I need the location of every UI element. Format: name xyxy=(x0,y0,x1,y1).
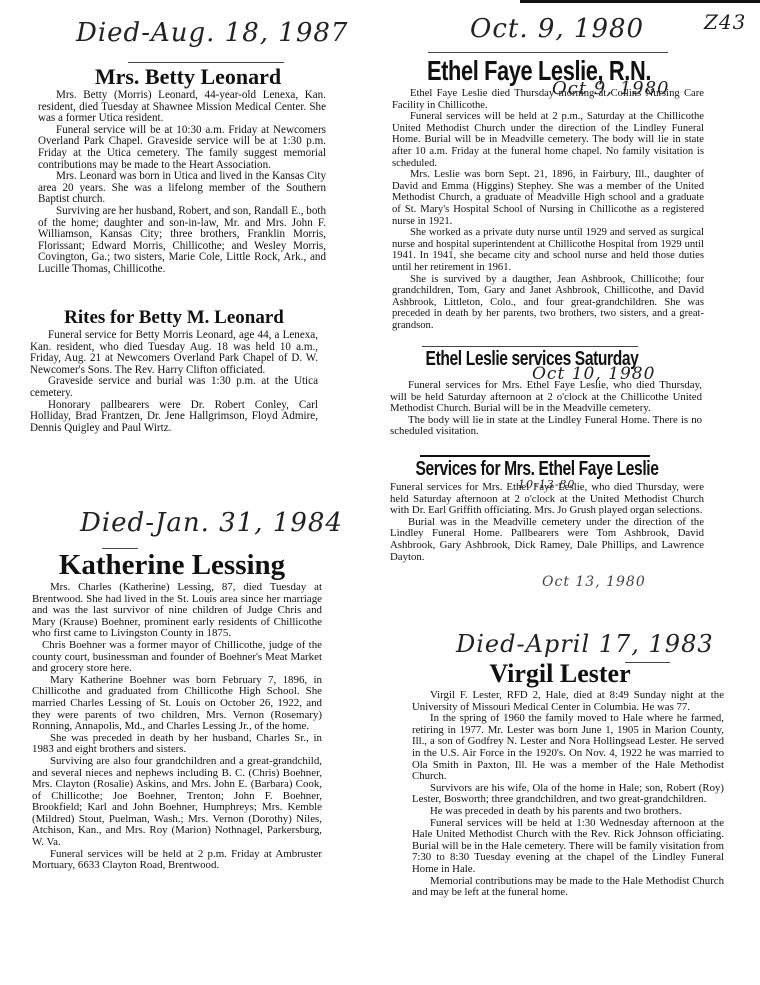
paragraph: Funeral service will be at 10:30 a.m. Fr… xyxy=(38,125,326,171)
obituary-body: Mrs. Charles (Katherine) Lessing, 87, di… xyxy=(32,582,322,872)
handwritten-date-lester: Died-April 17, 1983 xyxy=(456,630,714,658)
obituary-body: Ethel Faye Leslie died Thursday morning … xyxy=(392,88,704,331)
paragraph: Funeral service for Betty Morris Leonard… xyxy=(30,330,318,376)
obituary-katherine-lessing: Katherine Lessing Mrs. Charles (Katherin… xyxy=(32,548,322,872)
divider xyxy=(428,52,668,53)
paragraph: Surviving are also four grandchildren an… xyxy=(32,756,322,849)
notice-ethel-leslie-services-saturday: Ethel Leslie services Saturday Oct 10, 1… xyxy=(390,346,702,438)
paragraph: Funeral services will be held at 1:30 We… xyxy=(412,818,724,876)
obituary-virgil-lester: Virgil Lester Virgil F. Lester, RFD 2, H… xyxy=(412,658,724,899)
obituary-title: Katherine Lessing xyxy=(22,548,322,582)
obituary-body: Virgil F. Lester, RFD 2, Hale, died at 8… xyxy=(412,690,724,899)
paragraph: Mrs. Leslie was born Sept. 21, 1896, in … xyxy=(392,169,704,227)
handwritten-date-leonard: Died-Aug. 18, 1987 xyxy=(76,18,348,48)
paragraph: She was preceded in death by her husband… xyxy=(32,733,322,756)
notice-body: Funeral services for Mrs. Ethel Faye Les… xyxy=(390,380,702,438)
page-tag: Z43 xyxy=(704,10,746,34)
obituary-body: Mrs. Betty (Morris) Leonard, 44-year-old… xyxy=(38,90,326,276)
obituary-ethel-faye-leslie: Ethel Faye Leslie, R.N. Oct 9, 1980 Ethe… xyxy=(392,54,704,331)
paragraph: Chris Boehner was a former mayor of Chil… xyxy=(32,640,322,675)
notice-title: Rites for Betty M. Leonard xyxy=(30,306,318,330)
paragraph: Honorary pallbearers were Dr. Robert Con… xyxy=(30,400,318,435)
notice-body: Funeral services for Mrs. Ethel Faye Les… xyxy=(390,482,704,563)
paragraph: She is survived by a daugther, Jean Ashb… xyxy=(392,274,704,332)
handwritten-note-bottom: Oct 13, 1980 xyxy=(542,574,646,590)
top-edge-rule xyxy=(520,0,760,3)
handwritten-note: 10-13-80 xyxy=(518,478,575,491)
paragraph: Surviving are her husband, Robert, and s… xyxy=(38,206,326,276)
handwritten-note: Oct 10, 1980 xyxy=(532,364,655,384)
paragraph: Virgil F. Lester, RFD 2, Hale, died at 8… xyxy=(412,690,724,713)
paragraph: In the spring of 1960 the family moved t… xyxy=(412,713,724,783)
handwritten-note: Oct 9, 1980 xyxy=(552,78,670,99)
obituary-title: Mrs. Betty Leonard xyxy=(50,64,326,90)
paragraph: Funeral services will be held at 2 p.m. … xyxy=(32,849,322,872)
notice-rites-betty-leonard: Rites for Betty M. Leonard Funeral servi… xyxy=(30,306,318,434)
notice-body: Funeral service for Betty Morris Leonard… xyxy=(30,330,318,434)
paragraph: Memorial contributions may be made to th… xyxy=(412,876,724,899)
divider xyxy=(128,62,284,63)
notice-services-for-ethel-faye-leslie: Services for Mrs. Ethel Faye Leslie 10-1… xyxy=(390,456,704,563)
paragraph: Funeral services for Mrs. Ethel Faye Les… xyxy=(390,380,702,415)
paragraph: She worked as a private duty nurse until… xyxy=(392,227,704,273)
paragraph: He was preceded in death by his parents … xyxy=(412,806,724,818)
paragraph: Survivors are his wife, Ola of the home … xyxy=(412,783,724,806)
paragraph: Mrs. Betty (Morris) Leonard, 44-year-old… xyxy=(38,90,326,125)
paragraph: Funeral services will be held at 2 p.m.,… xyxy=(392,111,704,169)
paragraph: Mary Katherine Boehner was born February… xyxy=(32,675,322,733)
paragraph: The body will lie in state at the Lindle… xyxy=(390,415,702,438)
handwritten-date-leslie: Oct. 9, 1980 xyxy=(470,14,644,44)
paragraph: Mrs. Charles (Katherine) Lessing, 87, di… xyxy=(32,582,322,640)
paragraph: Mrs. Leonard was born in Utica and lived… xyxy=(38,171,326,206)
obituary-title: Virgil Lester xyxy=(396,658,724,690)
paragraph: Burial was in the Meadville cemetery und… xyxy=(390,517,704,563)
paragraph: Graveside service and burial was 1:30 p.… xyxy=(30,376,318,399)
obituary-betty-leonard: Mrs. Betty Leonard Mrs. Betty (Morris) L… xyxy=(38,64,326,276)
handwritten-date-lessing: Died-Jan. 31, 1984 xyxy=(80,508,343,538)
